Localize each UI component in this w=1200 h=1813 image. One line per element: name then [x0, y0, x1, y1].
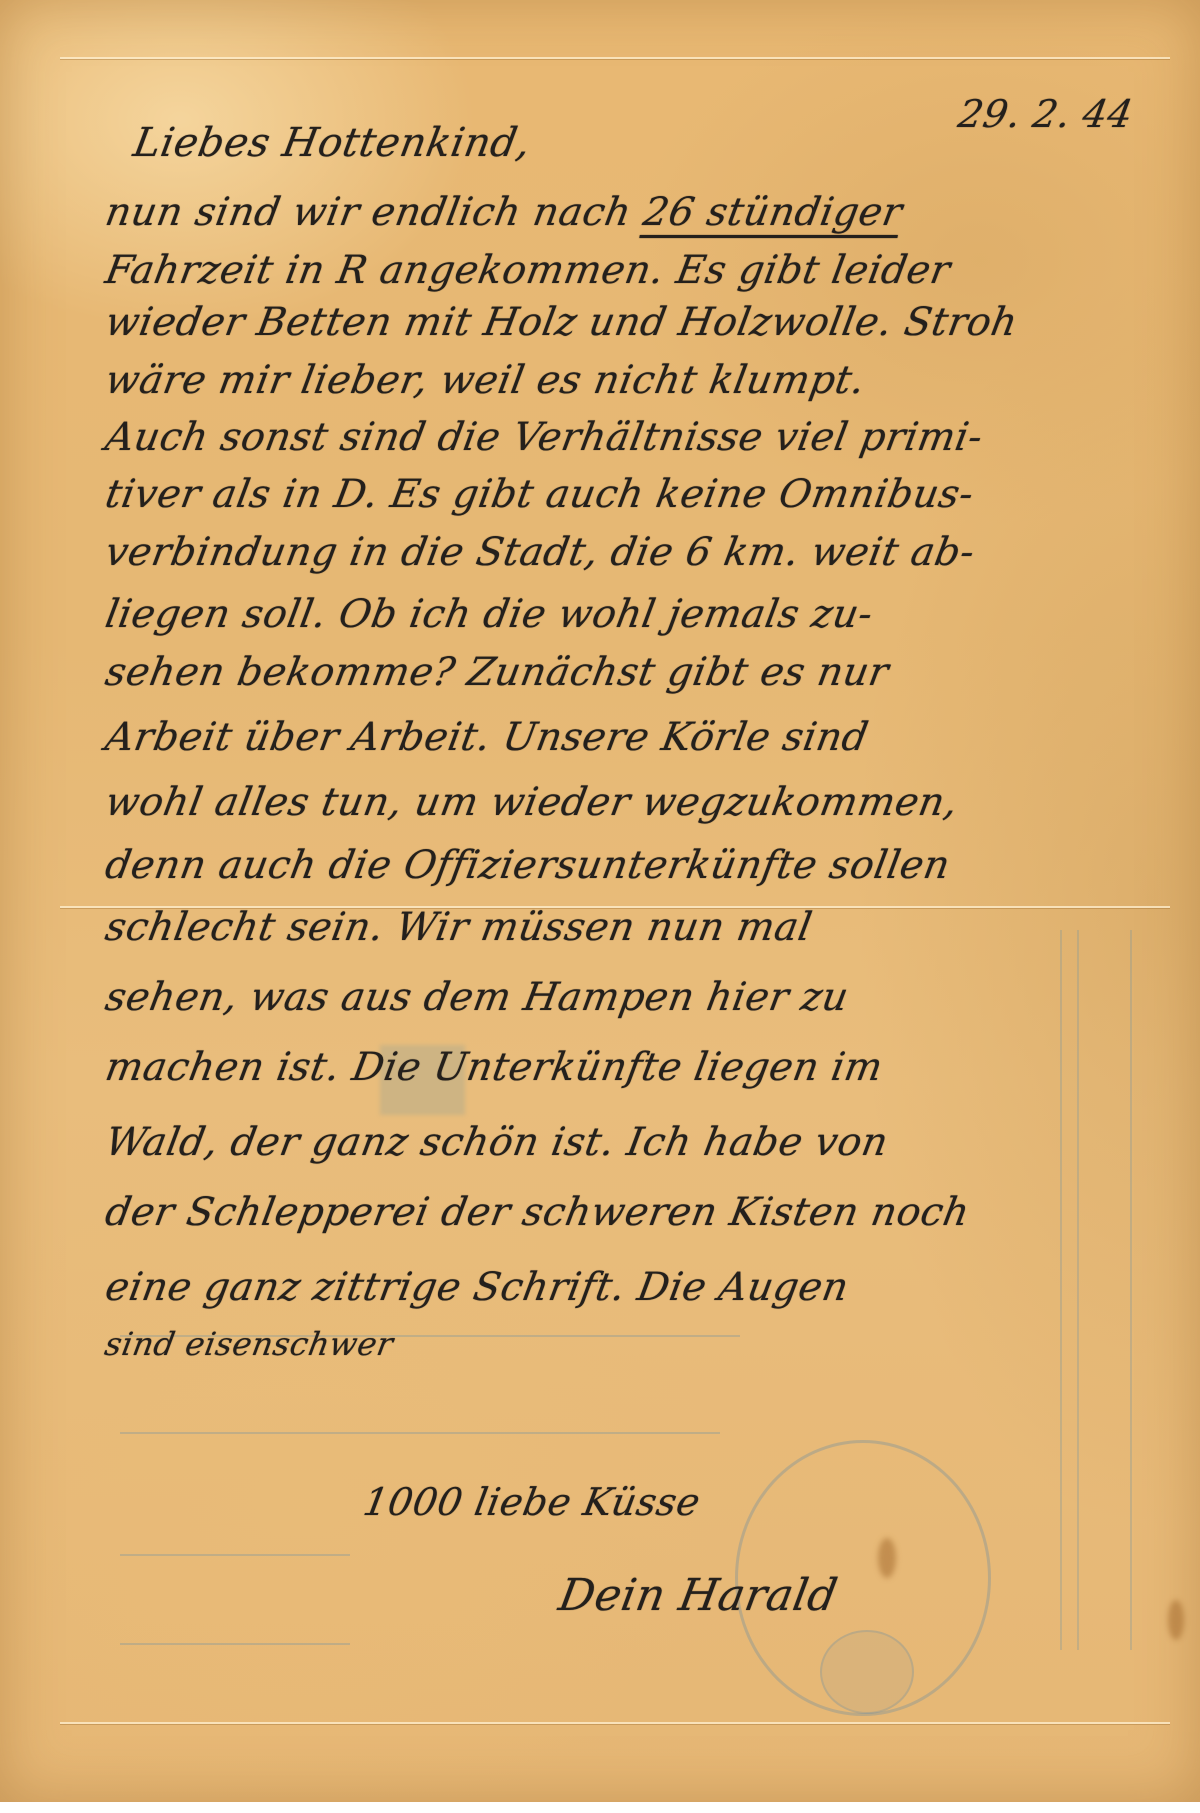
- letter-date: 29. 2. 44: [955, 92, 1136, 136]
- form-line: [1060, 930, 1062, 1650]
- letter-signature: Dein Harald: [555, 1570, 841, 1621]
- letter-line: wäre mir lieber, weil es nicht klumpt.: [102, 358, 869, 403]
- letter-line: machen ist. Die Unterkünfte liegen im: [102, 1045, 886, 1090]
- underlined-emphasis: 26 stündiger: [640, 190, 906, 235]
- postal-stamp-emblem: [820, 1630, 914, 1714]
- letter-closing: 1000 liebe Küsse: [360, 1480, 704, 1524]
- paper-stain: [1168, 1600, 1184, 1640]
- paper-stain: [878, 1538, 896, 1578]
- letter-salutation: Liebes Hottenkind,: [130, 120, 534, 166]
- letter-line: Auch sonst sind die Verhältnisse viel pr…: [102, 415, 986, 460]
- letter-line: eine ganz zittrige Schrift. Die Augen: [102, 1265, 852, 1310]
- letter-line: sind eisenschwer: [102, 1325, 396, 1363]
- fold-crease-top: [60, 57, 1170, 59]
- form-line: [120, 1643, 350, 1645]
- letter-line: Wald, der ganz schön ist. Ich habe von: [102, 1120, 892, 1165]
- letter-line: Arbeit über Arbeit. Unsere Körle sind: [102, 715, 872, 760]
- letter-line: nun sind wir endlich nach 26 stündiger: [102, 190, 906, 235]
- form-line: [1077, 930, 1079, 1650]
- fold-crease-bottom: [60, 1722, 1170, 1724]
- form-line: [120, 1554, 350, 1556]
- form-line: [120, 1432, 720, 1434]
- letter-line-text: nun sind wir endlich nach: [102, 190, 648, 235]
- letter-line: schlecht sein. Wir müssen nun mal: [102, 905, 816, 950]
- letter-line: Fahrzeit in R angekommen. Es gibt leider: [102, 248, 954, 293]
- letter-line: wieder Betten mit Holz und Holzwolle. St…: [102, 300, 1021, 345]
- letter-line: denn auch die Offiziersunterkünfte solle…: [102, 843, 954, 888]
- letter-line: wohl alles tun, um wieder wegzukommen,: [102, 780, 961, 825]
- letter-line: der Schlepperei der schweren Kisten noch: [102, 1190, 973, 1235]
- letter-line: verbindung in die Stadt, die 6 km. weit …: [102, 530, 978, 575]
- letter-line: sehen bekomme? Zunächst gibt es nur: [102, 650, 892, 695]
- letter-line: liegen soll. Ob ich die wohl jemals zu-: [102, 592, 876, 637]
- letter-line: sehen, was aus dem Hampen hier zu: [102, 975, 852, 1020]
- form-line: [1130, 930, 1132, 1650]
- letter-paper: 29. 2. 44 Liebes Hottenkind, nun sind wi…: [0, 0, 1200, 1802]
- letter-line: tiver als in D. Es gibt auch keine Omnib…: [102, 472, 977, 517]
